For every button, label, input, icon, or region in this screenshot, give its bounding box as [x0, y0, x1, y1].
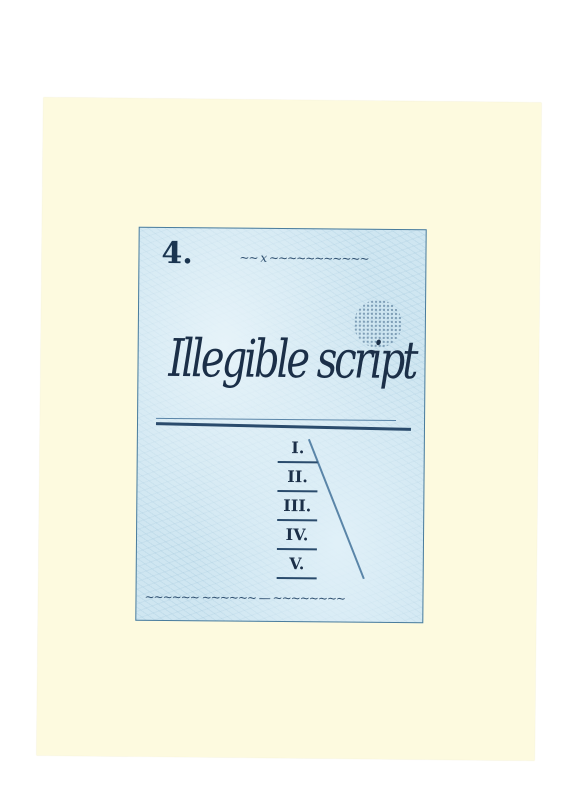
numeral: IV. [277, 521, 317, 550]
plate-number: 4. [161, 236, 193, 271]
numeral: I. [278, 434, 318, 463]
numeral: II. [277, 463, 317, 492]
numeral: III. [277, 492, 317, 521]
roman-numerals: I. II. III. IV. V. [277, 434, 318, 579]
bottom-inscription: ~~~~~~ ~~~~~~ — ~~~~~~~~ [144, 590, 414, 606]
top-inscription: ~~ x ~~~~~~~~~~~ [239, 251, 409, 266]
thin-rule [156, 418, 396, 421]
numeral: V. [277, 550, 317, 579]
etching-plate: 4. ~~ x ~~~~~~~~~~~ Illegible script I. … [135, 227, 426, 623]
title-scrawl: Illegible script [168, 329, 415, 391]
heavy-rule [156, 422, 411, 431]
